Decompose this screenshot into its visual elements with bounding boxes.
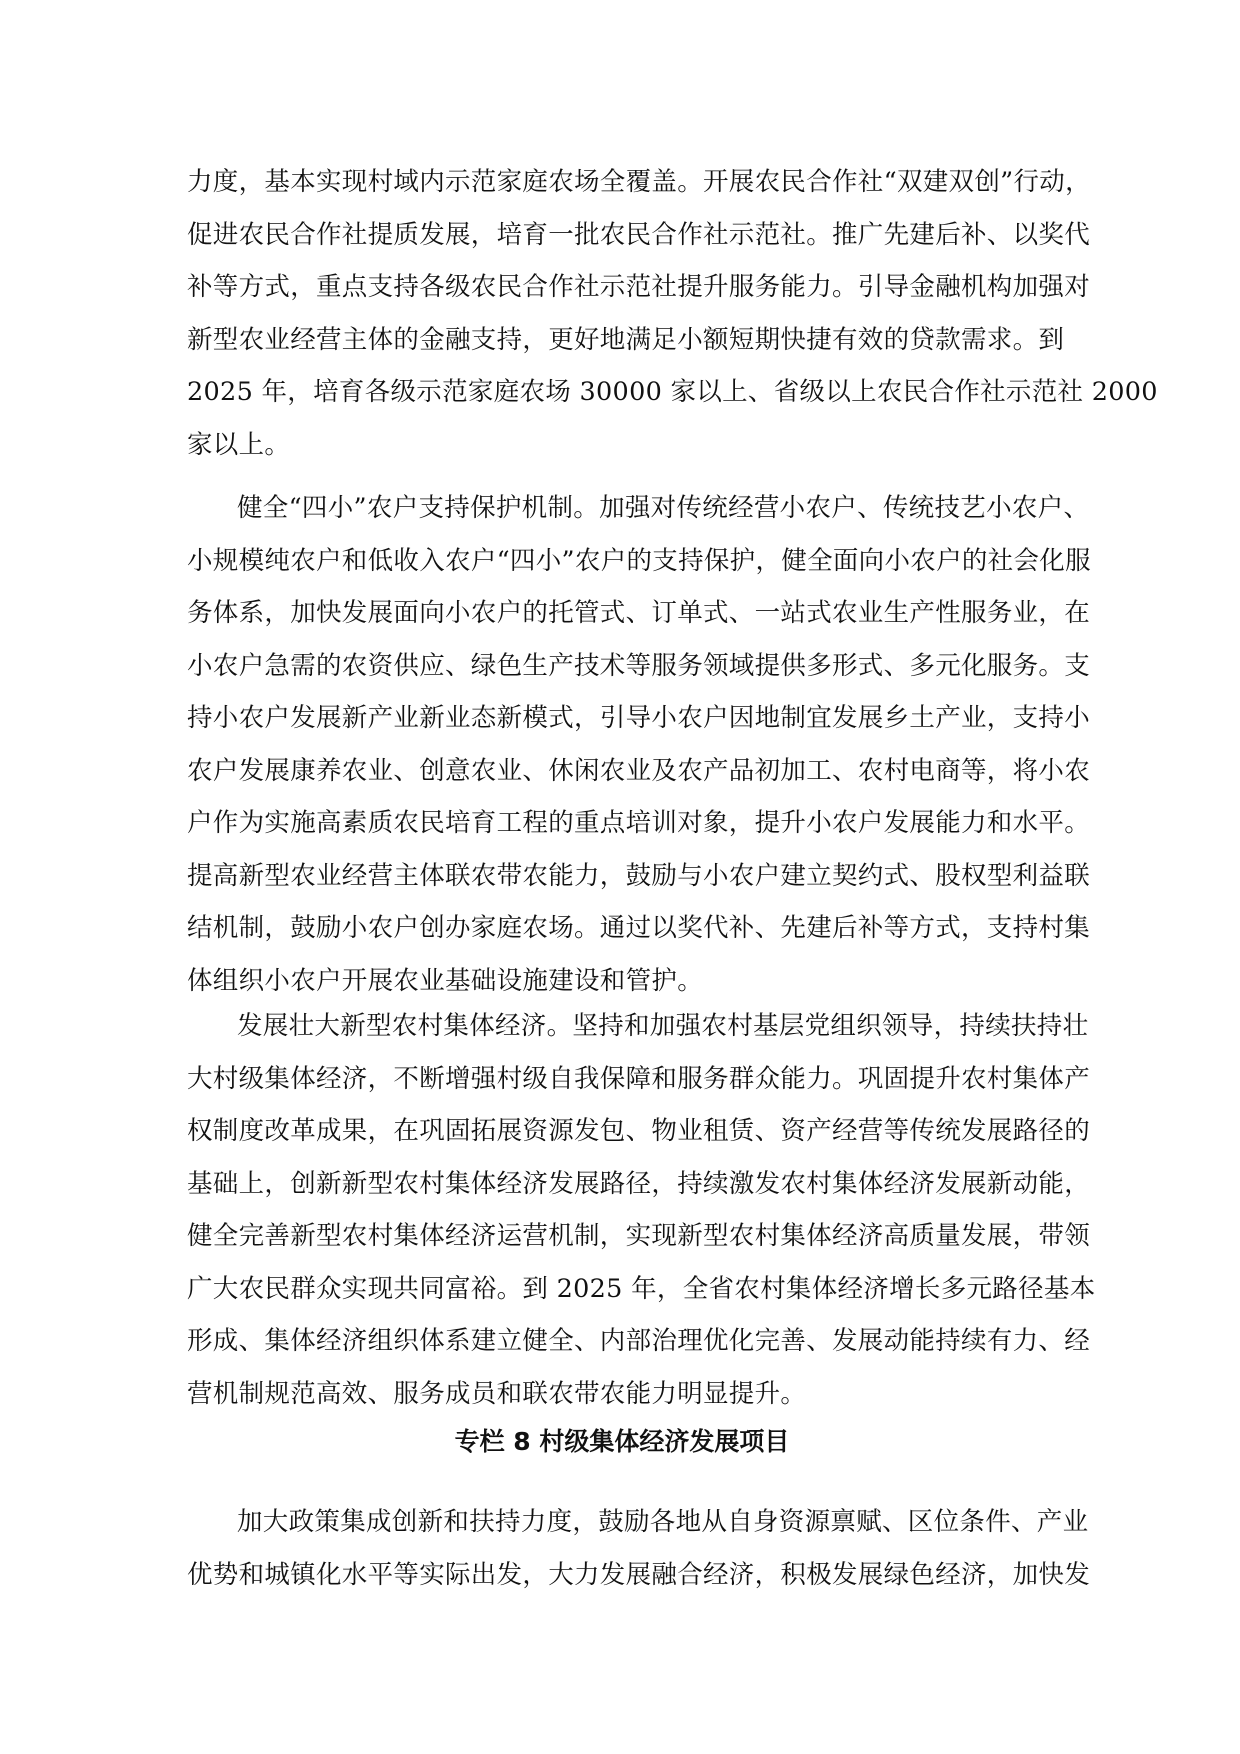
- text-line: 结机制，鼓励小农户创办家庭农场。通过以奖代补、先建后补等方式，支持村集: [187, 902, 1057, 955]
- text-line: 大村级集体经济，不断增强村级自我保障和服务群众能力。巩固提升农村集体产: [187, 1053, 1057, 1106]
- text-line: 权制度改革成果，在巩固拓展资源发包、物业租赁、资产经营等传统发展路径的: [187, 1105, 1057, 1158]
- text-line: 促进农民合作社提质发展，培育一批农民合作社示范社。推广先建后补、以奖代: [187, 209, 1057, 262]
- text-line: 务体系，加快发展面向小农户的托管式、订单式、一站式农业生产性服务业，在: [187, 587, 1057, 640]
- text-line: 健全“四小”农户支持保护机制。加强对传统经营小农户、传统技艺小农户、: [187, 482, 1057, 535]
- text-line: 健全完善新型农村集体经济运营机制，实现新型农村集体经济高质量发展，带领: [187, 1210, 1057, 1263]
- text-line: 加大政策集成创新和扶持力度，鼓励各地从自身资源禀赋、区位条件、产业: [187, 1496, 1057, 1549]
- paragraph-collective-economy: 发展壮大新型农村集体经济。坚持和加强农村基层党组织领导，持续扶持壮 大村级集体经…: [187, 1000, 1057, 1420]
- text-line: 持小农户发展新产业新业态新模式，引导小农户因地制宜发展乡土产业，支持小: [187, 692, 1057, 745]
- box-heading: 专栏 8 村级集体经济发展项目: [187, 1422, 1057, 1462]
- text-line: 广大农民群众实现共同富裕。到 2025 年，全省农村集体经济增长多元路径基本: [187, 1263, 1057, 1316]
- text-line: 补等方式，重点支持各级农民合作社示范社提升服务能力。引导金融机构加强对: [187, 261, 1057, 314]
- text-line: 2025 年，培育各级示范家庭农场 30000 家以上、省级以上农民合作社示范社…: [187, 366, 1057, 419]
- text-line: 户作为实施高素质农民培育工程的重点培训对象，提升小农户发展能力和水平。: [187, 797, 1057, 850]
- document-page: 力度，基本实现村域内示范家庭农场全覆盖。开展农民合作社“双建双创”行动， 促进农…: [0, 0, 1240, 1754]
- text-line: 营机制规范高效、服务成员和联农带农能力明显提升。: [187, 1368, 1057, 1421]
- text-line: 农户发展康养农业、创意农业、休闲农业及农产品初加工、农村电商等，将小农: [187, 745, 1057, 798]
- text-line: 小规模纯农户和低收入农户“四小”农户的支持保护，健全面向小农户的社会化服: [187, 535, 1057, 588]
- text-line: 力度，基本实现村域内示范家庭农场全覆盖。开展农民合作社“双建双创”行动，: [187, 156, 1057, 209]
- paragraph-family-farms-cooperatives: 力度，基本实现村域内示范家庭农场全覆盖。开展农民合作社“双建双创”行动， 促进农…: [187, 156, 1057, 471]
- text-line: 形成、集体经济组织体系建立健全、内部治理优化完善、发展动能持续有力、经: [187, 1315, 1057, 1368]
- text-line: 家以上。: [187, 419, 1057, 472]
- text-line: 新型农业经营主体的金融支持，更好地满足小额短期快捷有效的贷款需求。到: [187, 314, 1057, 367]
- box-paragraph: 加大政策集成创新和扶持力度，鼓励各地从自身资源禀赋、区位条件、产业 优势和城镇化…: [187, 1496, 1057, 1601]
- text-line: 小农户急需的农资供应、绿色生产技术等服务领域提供多形式、多元化服务。支: [187, 640, 1057, 693]
- text-line: 提高新型农业经营主体联农带农能力，鼓励与小农户建立契约式、股权型利益联: [187, 850, 1057, 903]
- text-line: 优势和城镇化水平等实际出发，大力发展融合经济，积极发展绿色经济，加快发: [187, 1549, 1057, 1602]
- text-line: 发展壮大新型农村集体经济。坚持和加强农村基层党组织领导，持续扶持壮: [187, 1000, 1057, 1053]
- paragraph-four-small-farmers: 健全“四小”农户支持保护机制。加强对传统经营小农户、传统技艺小农户、 小规模纯农…: [187, 482, 1057, 1007]
- text-line: 基础上，创新新型农村集体经济发展路径，持续激发农村集体经济发展新动能，: [187, 1158, 1057, 1211]
